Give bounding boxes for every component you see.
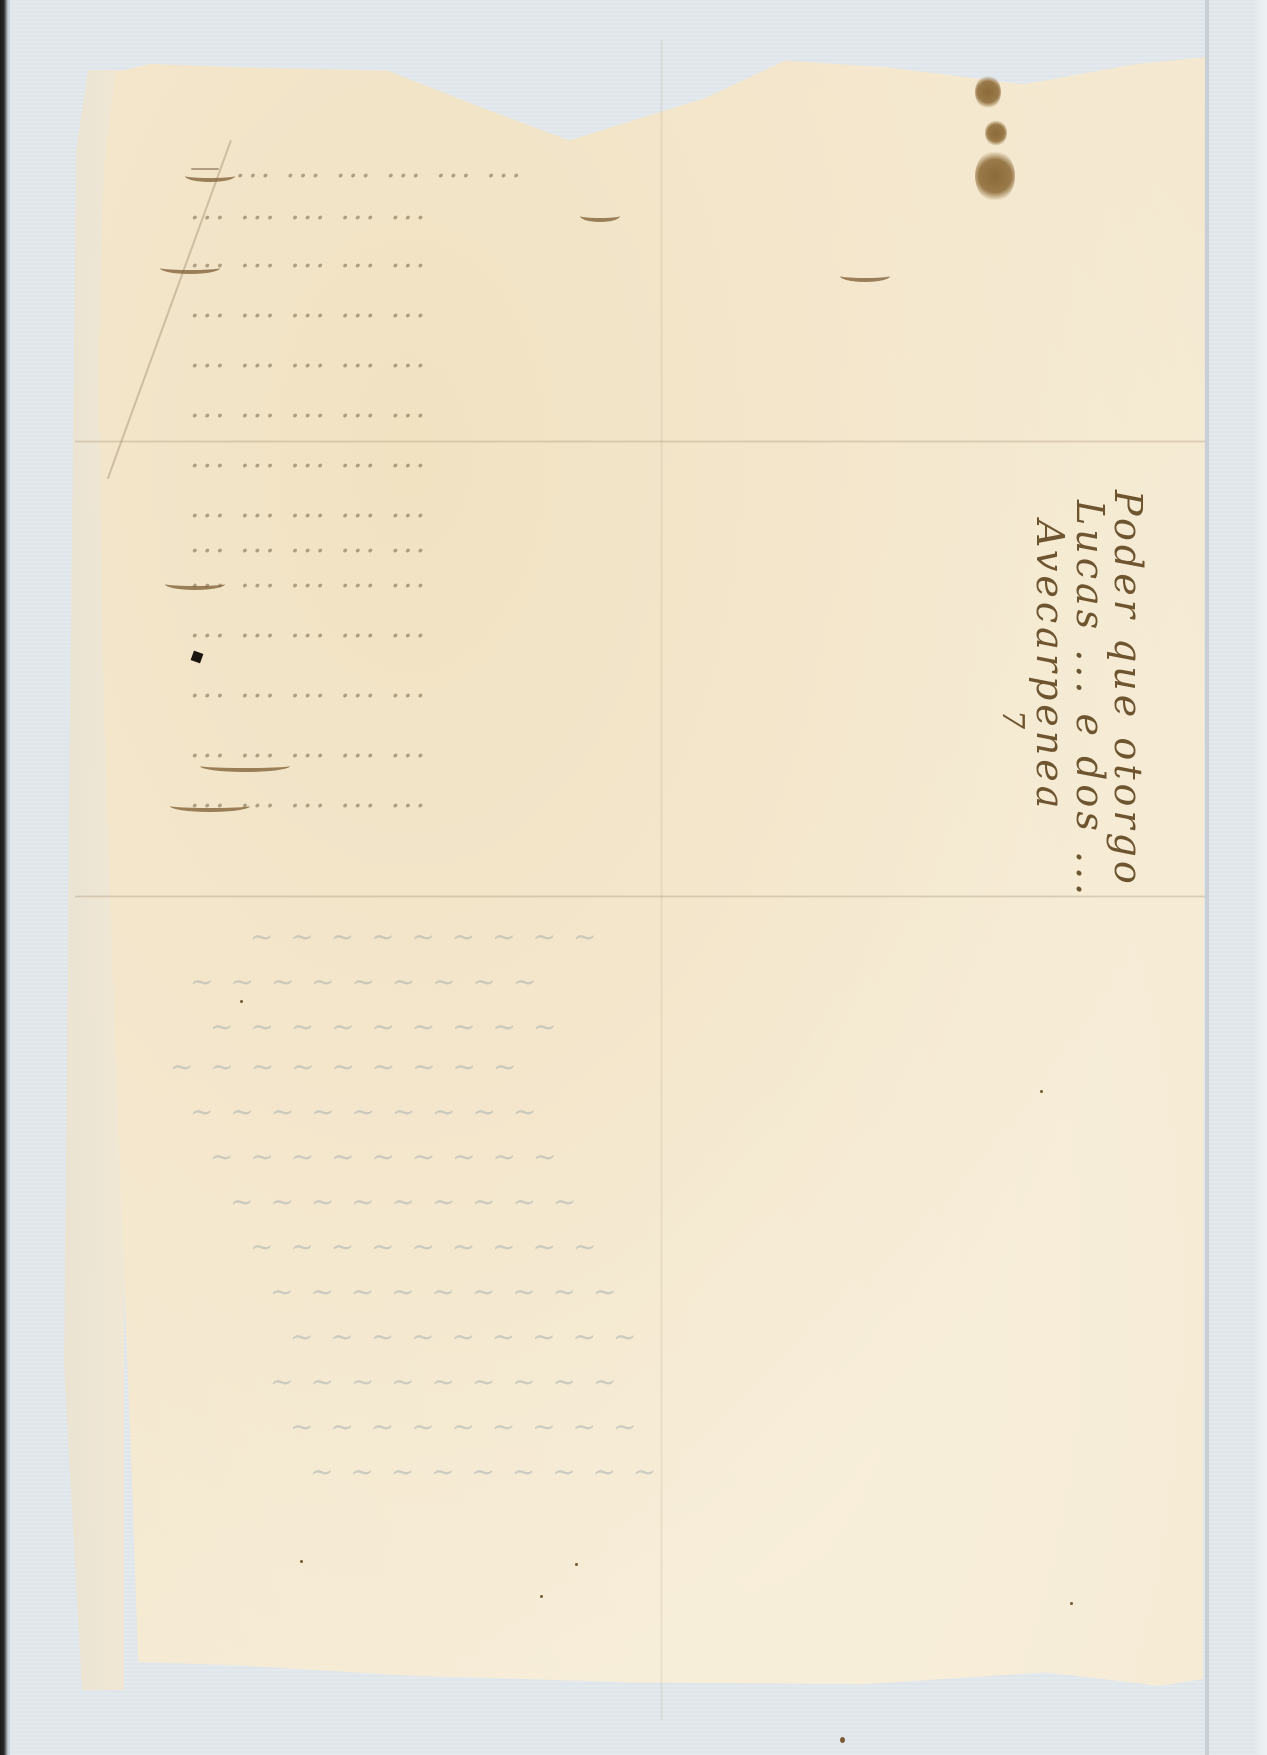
paper-speck (840, 1737, 845, 1743)
paper-speck (1070, 1602, 1073, 1605)
paper-speck (240, 1000, 243, 1003)
bleed-line: ~ ~ ~ ~ ~ ~ ~ ~ ~ (230, 1185, 580, 1218)
marginal-note: Poder que otorgo Lucas ... e dos ... Ave… (1000, 490, 1160, 910)
paper-speck (300, 1560, 303, 1563)
bleed-line: ~ ~ ~ ~ ~ ~ ~ ~ ~ (250, 920, 600, 953)
paper-speck (575, 1563, 578, 1566)
text-line: ... ... ... ... ... (190, 610, 428, 646)
pen-flourish (160, 262, 220, 274)
ink-stain (975, 150, 1015, 202)
bleed-line: ~ ~ ~ ~ ~ ~ ~ ~ ~ (290, 1320, 640, 1353)
signature-flourish (200, 760, 290, 772)
bleed-through-block: ~ ~ ~ ~ ~ ~ ~ ~ ~ ~ ~ ~ ~ ~ ~ ~ ~ ~ ~ ~ … (150, 920, 1150, 1520)
text-line: ... ... ... ... ... (190, 340, 428, 376)
pen-flourish (580, 210, 620, 222)
bleed-line: ~ ~ ~ ~ ~ ~ ~ ~ ~ (270, 1365, 620, 1398)
bleed-line: ~ ~ ~ ~ ~ ~ ~ ~ ~ (310, 1455, 660, 1488)
ink-stain (975, 75, 1001, 109)
bleed-line: ~ ~ ~ ~ ~ ~ ~ ~ ~ (290, 1410, 640, 1443)
marginal-note-line: Poder que otorgo (1106, 490, 1150, 888)
signature-flourish (170, 800, 250, 812)
bleed-line: ~ ~ ~ ~ ~ ~ ~ ~ ~ (270, 1275, 620, 1308)
pen-flourish (185, 170, 235, 182)
pen-flourish (165, 578, 225, 590)
bleed-line: ~ ~ ~ ~ ~ ~ ~ ~ ~ (210, 1140, 560, 1173)
marginal-note-mark: 7 (995, 710, 1030, 733)
text-line: ... ... ... ... ... (190, 440, 428, 476)
text-line: ... ... ... ... ... (190, 670, 428, 706)
bleed-line: ~ ~ ~ ~ ~ ~ ~ ~ ~ (170, 1050, 520, 1083)
text-line: ... ... ... ... ... (190, 192, 428, 228)
backing-edge (1205, 0, 1209, 1755)
main-text-block: — ... ... ... ... ... ... ... ... ... ..… (190, 150, 970, 870)
bleed-line: ~ ~ ~ ~ ~ ~ ~ ~ ~ (210, 1010, 560, 1043)
text-line: ... ... ... ... ... (190, 390, 428, 426)
pen-flourish (840, 270, 890, 282)
text-line: ... ... ... ... ... (190, 290, 428, 326)
marginal-note-line: Lucas ... e dos ... (1068, 500, 1112, 899)
ink-stain (985, 120, 1007, 146)
text-line: — ... ... ... ... ... ... (190, 150, 524, 186)
paper-speck (540, 1595, 543, 1598)
text-line: ... ... ... ... ... (190, 240, 428, 276)
paper-speck (1040, 1090, 1043, 1093)
bleed-line: ~ ~ ~ ~ ~ ~ ~ ~ ~ (190, 1095, 540, 1128)
text-line: ... ... ... ... ... (190, 525, 428, 561)
bleed-line: ~ ~ ~ ~ ~ ~ ~ ~ ~ (250, 1230, 600, 1263)
bleed-line: ~ ~ ~ ~ ~ ~ ~ ~ ~ (190, 965, 540, 998)
text-line: ... ... ... ... ... (190, 490, 428, 526)
text-line: ... ... ... ... ... (190, 560, 428, 596)
marginal-note-line: Avecarpenea (1028, 520, 1072, 812)
